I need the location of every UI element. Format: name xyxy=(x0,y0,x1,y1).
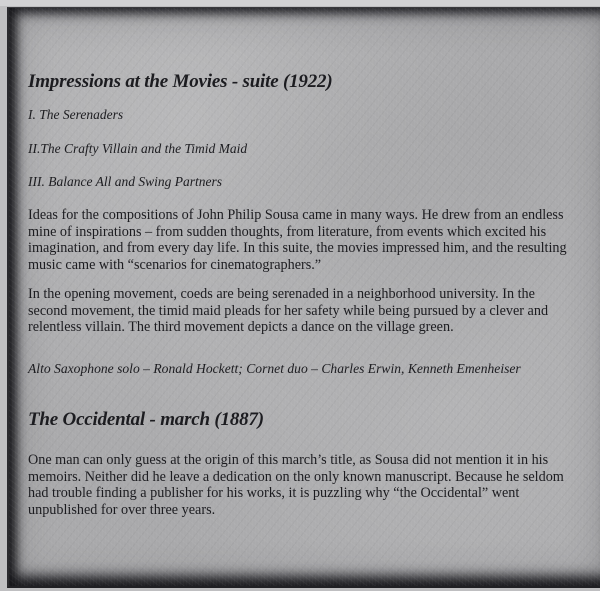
paragraph-line: imagination, and from every day life. In… xyxy=(28,240,584,257)
paragraph-line: second movement, the timid maid pleads f… xyxy=(28,303,584,320)
paragraph-line: One man can only guess at the origin of … xyxy=(28,452,584,469)
section-heading-impressions: Impressions at the Movies - suite (1922) xyxy=(28,71,332,93)
paragraph-inspiration: Ideas for the compositions of John Phili… xyxy=(28,207,584,274)
paragraph-line: music came with “scenarios for cinematog… xyxy=(28,257,584,274)
section-heading-occidental: The Occidental - march (1887) xyxy=(28,409,264,431)
paragraph-line: In the opening movement, coeds are being… xyxy=(28,286,584,303)
paragraph-movements: In the opening movement, coeds are being… xyxy=(28,286,584,336)
paragraph-line: relentless villain. The third movement d… xyxy=(28,319,584,336)
soloist-credits: Alto Saxophone solo – Ronald Hockett; Co… xyxy=(28,361,521,377)
movement-item: I. The Serenaders xyxy=(28,107,123,123)
paragraph-line: had trouble finding a publisher for his … xyxy=(28,485,584,502)
movement-item: III. Balance All and Swing Partners xyxy=(28,174,222,190)
paragraph-line: unpublished for over three years. xyxy=(28,502,584,519)
paragraph-line: mine of inspirations – from sudden thoug… xyxy=(28,224,584,241)
movement-item: II.The Crafty Villain and the Timid Maid xyxy=(28,141,247,157)
paragraph-line: memoirs. Neither did he leave a dedicati… xyxy=(28,469,584,486)
paragraph-occidental: One man can only guess at the origin of … xyxy=(28,452,584,519)
paragraph-line: Ideas for the compositions of John Phili… xyxy=(28,207,584,224)
booklet-page: Impressions at the Movies - suite (1922)… xyxy=(0,0,600,591)
